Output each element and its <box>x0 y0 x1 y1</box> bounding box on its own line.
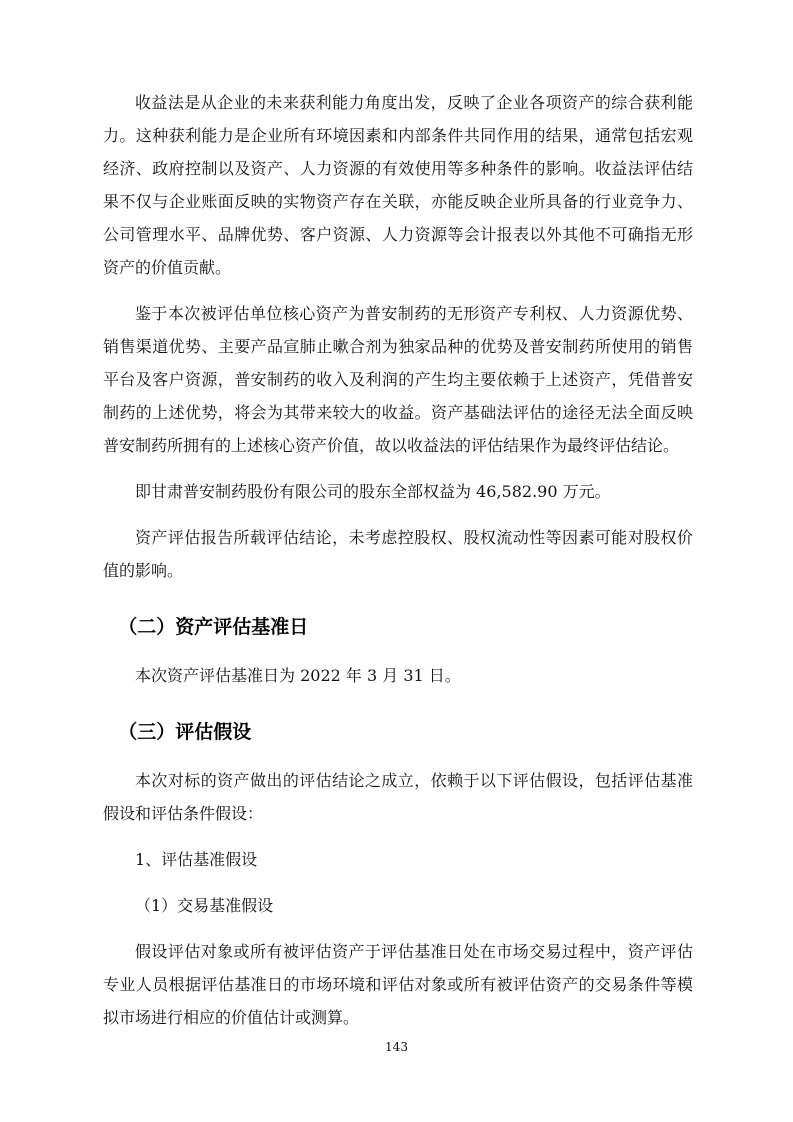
paragraph-valuation-date: 本次资产评估基准日为 2022 年 3 月 31 日。 <box>103 659 693 692</box>
paragraph-assumptions-intro: 本次对标的资产做出的评估结论之成立，依赖于以下评估假设，包括评估基准假设和评估条… <box>103 764 693 830</box>
paragraph-income-method: 收益法是从企业的未来获利能力角度出发，反映了企业各项资产的综合获利能力。这种获利… <box>103 86 693 284</box>
paragraph-core-assets: 鉴于本次被评估单位核心资产为普安制药的无形资产专利权、人力资源优势、销售渠道优势… <box>103 297 693 462</box>
paragraph-conclusion-note: 资产评估报告所载评估结论，未考虑控股权、股权流动性等因素可能对股权价值的影响。 <box>103 521 693 587</box>
subitem-transaction-assumption: （1）交易基准假设 <box>103 889 693 922</box>
document-page: 收益法是从企业的未来获利能力角度出发，反映了企业各项资产的综合获利能力。这种获利… <box>0 0 793 1122</box>
paragraph-equity-value: 即甘肃普安制药股份有限公司的股东全部权益为 46,582.90 万元。 <box>103 475 693 508</box>
section-heading-valuation-date: （二）资产评估基准日 <box>103 614 693 640</box>
subitem-basis-assumption: 1、评估基准假设 <box>103 843 693 876</box>
paragraph-transaction-detail: 假设评估对象或所有被评估资产于评估基准日处在市场交易过程中，资产评估专业人员根据… <box>103 935 693 1034</box>
page-number: 143 <box>0 1040 793 1054</box>
section-heading-assumptions: （三）评估假设 <box>103 719 693 745</box>
